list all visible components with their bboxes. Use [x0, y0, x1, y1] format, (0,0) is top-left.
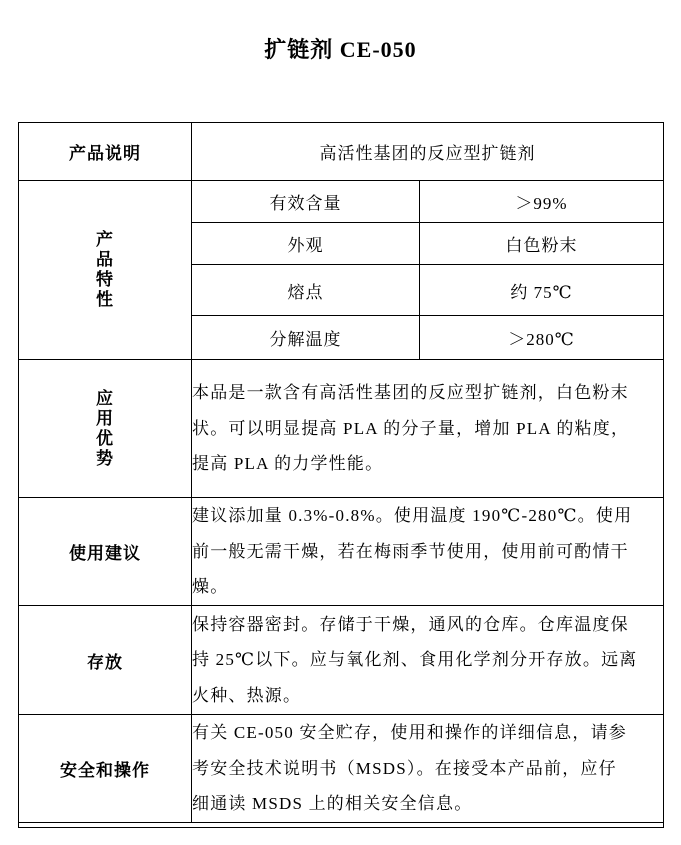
property-name-content: 有效含量: [192, 181, 420, 223]
property-name-appearance: 外观: [192, 223, 420, 265]
product-properties-label: 产 品 特 性: [19, 181, 192, 360]
safety-handling-label: 安全和操作: [19, 715, 192, 823]
property-value-appearance: 白色粉末: [420, 223, 664, 265]
product-description-label: 产品说明: [19, 123, 192, 181]
row-usage-suggestion: 使用建议 建议添加量 0.3%-0.8%。使用温度 190℃-280℃。使用 前…: [19, 498, 664, 606]
usage-suggestion-label: 使用建议: [19, 498, 192, 606]
property-name-melting-point: 熔点: [192, 265, 420, 316]
product-description-value: 高活性基团的反应型扩链剂: [192, 123, 664, 181]
property-value-content: ＞99%: [420, 181, 664, 223]
row-application-advantages: 应 用 优 势 本品是一款含有高活性基团的反应型扩链剂，白色粉末 状。可以明显提…: [19, 360, 664, 498]
document-page: 扩链剂 CE-050 产品说明 高活性基团的反应型扩链剂 产 品 特 性 有效含…: [0, 0, 681, 845]
application-advantages-text: 本品是一款含有高活性基团的反应型扩链剂，白色粉末 状。可以明显提高 PLA 的分…: [192, 360, 664, 498]
usage-suggestion-text: 建议添加量 0.3%-0.8%。使用温度 190℃-280℃。使用 前一般无需干…: [192, 498, 664, 606]
product-spec-table: 产品说明 高活性基团的反应型扩链剂 产 品 特 性 有效含量 ＞99% 外观 白…: [18, 122, 664, 828]
application-advantages-label: 应 用 优 势: [19, 360, 192, 498]
row-product-description: 产品说明 高活性基团的反应型扩链剂: [19, 123, 664, 181]
property-value-decomposition: ＞280℃: [420, 316, 664, 360]
row-safety-handling: 安全和操作 有关 CE-050 安全贮存，使用和操作的详细信息，请参 考安全技术…: [19, 715, 664, 823]
bottom-spacer-cell: [19, 823, 664, 828]
page-title: 扩链剂 CE-050: [0, 33, 681, 64]
property-name-decomposition: 分解温度: [192, 316, 420, 360]
row-storage: 存放 保持容器密封。存储于干燥，通风的仓库。仓库温度保 持 25℃以下。应与氧化…: [19, 606, 664, 715]
storage-label: 存放: [19, 606, 192, 715]
property-value-melting-point: 约 75℃: [420, 265, 664, 316]
storage-text: 保持容器密封。存储于干燥，通风的仓库。仓库温度保 持 25℃以下。应与氧化剂、食…: [192, 606, 664, 715]
row-bottom-spacer: [19, 823, 664, 828]
safety-handling-text: 有关 CE-050 安全贮存，使用和操作的详细信息，请参 考安全技术说明书（MS…: [192, 715, 664, 823]
row-property-content: 产 品 特 性 有效含量 ＞99%: [19, 181, 664, 223]
